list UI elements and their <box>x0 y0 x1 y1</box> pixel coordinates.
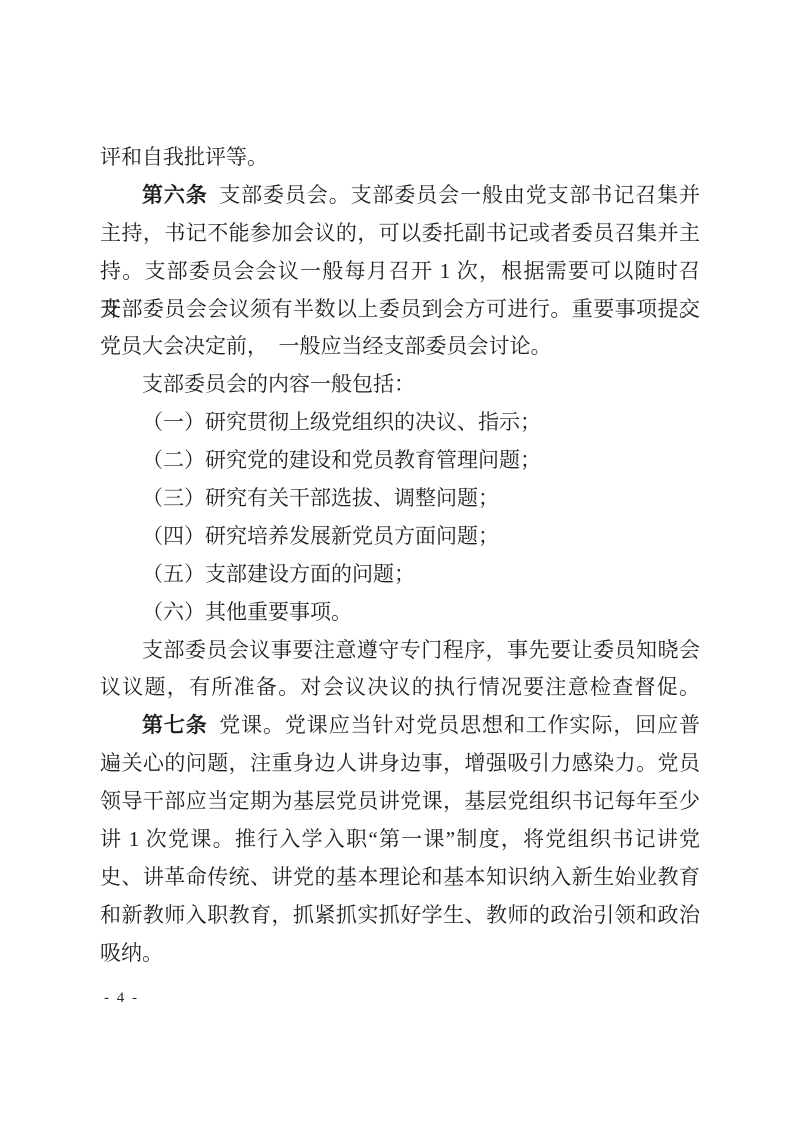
text-line: 第七条党课。党课应当针对党员思想和工作实际，回应普 <box>100 707 700 745</box>
text-line: 主持，书记不能参加会议的，可以委托副书记或者委员召集并主 <box>100 215 700 253</box>
article-heading: 第七条 <box>142 714 208 737</box>
text-line: 吸纳。 <box>100 935 700 973</box>
text-segment: 支部委员会。支部委员会一般由党支部书记召集并 <box>219 183 700 207</box>
list-item-line: （二）研究党的建设和党员教育管理问题； <box>100 442 700 480</box>
text-line: 和新教师入职教育，抓紧抓实抓好学生、教师的政治引领和政治 <box>100 897 700 935</box>
document-page: 评和自我批评等。 第六条支部委员会。支部委员会一般由党支部书记召集并 主持，书记… <box>0 0 794 1123</box>
text-line: 领导干部应当定期为基层党员讲党课，基层党组织书记每年至少 <box>100 783 700 821</box>
text-line: 遍关心的问题，注重身边人讲身边事，增强吸引力感染力。党员 <box>100 745 700 783</box>
list-item-line: （一）研究贯彻上级党组织的决议、指示； <box>100 404 700 442</box>
text-line: 支部委员会议事要注意遵守专门程序，事先要让委员知晓会 <box>100 632 700 670</box>
article-heading: 第六条 <box>142 184 208 207</box>
list-item-line: （四）研究培养发展新党员方面问题； <box>100 518 700 556</box>
text-line: 评和自我批评等。 <box>100 139 700 177</box>
text-line: 议议题，有所准备。对会议决议的执行情况要注意检查督促。 <box>100 669 700 707</box>
text-line: 支部委员会会议须有半数以上委员到会方可进行。重要事项提交 <box>100 291 700 329</box>
text-line: 支部委员会的内容一般包括： <box>100 366 700 404</box>
text-line: 第六条支部委员会。支部委员会一般由党支部书记召集并 <box>100 177 700 215</box>
text-line: 持。支部委员会会议一般每月召开 1 次，根据需要可以随时召开。 <box>100 253 700 291</box>
page-number: - 4 - <box>104 989 139 1007</box>
text-line: 党员大会决定前， 一般应当经支部委员会讨论。 <box>100 328 700 366</box>
text-line: 讲 1 次党课。推行入学入职“第一课”制度，将党组织书记讲党 <box>100 821 700 859</box>
text-line: 史、讲革命传统、讲党的基本理论和基本知识纳入新生始业教育 <box>100 859 700 897</box>
text-segment: 党课。党课应当针对党员思想和工作实际，回应普 <box>219 713 700 737</box>
list-item-line: （三）研究有关干部选拔、调整问题； <box>100 480 700 518</box>
list-item-line: （六）其他重要事项。 <box>100 594 700 632</box>
content-area: 评和自我批评等。 第六条支部委员会。支部委员会一般由党支部书记召集并 主持，书记… <box>100 139 700 973</box>
list-item-line: （五）支部建设方面的问题； <box>100 556 700 594</box>
